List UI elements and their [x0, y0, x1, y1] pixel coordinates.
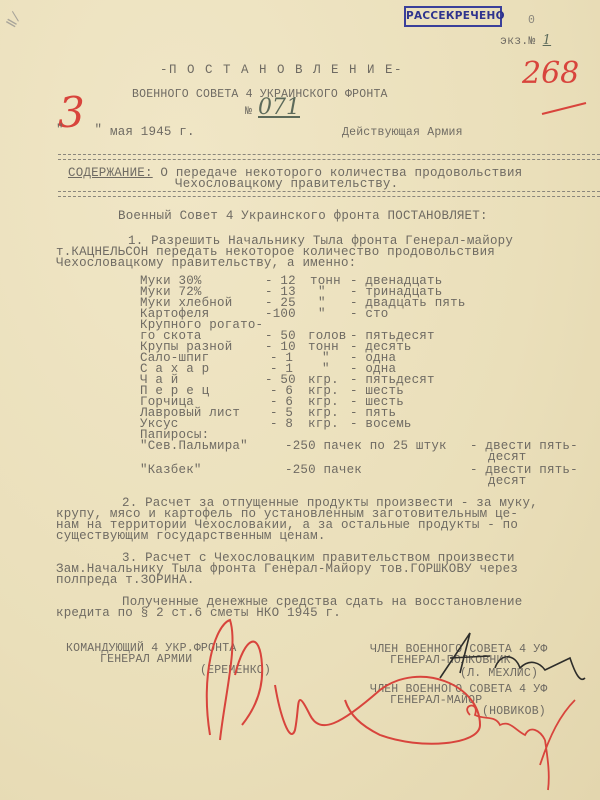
page-number-underline — [540, 100, 590, 116]
item-qty: -100 — [265, 308, 296, 321]
subject-line-2: Чехословацкому правительству. — [175, 178, 398, 191]
number-prefix: № — [245, 105, 252, 118]
document-title: -П О С Т А Н О В Л Е Н И Е- — [160, 64, 403, 77]
cigarette-name: "Сев.Пальмира" — [140, 440, 248, 453]
sheet-suffix: 0 — [528, 14, 535, 27]
cigarette-qty: -250 пачек по 25 штук — [285, 440, 447, 453]
signature-novikov-red — [460, 695, 580, 795]
item-qty: - 8 — [270, 418, 293, 431]
p1-line-3: Чехословацкому правительству, а именно: — [56, 257, 356, 270]
sig-left-rank: ГЕНЕРАЛ АРМИИ — [100, 653, 192, 666]
subject-label: СОДЕРЖАНИЕ: — [68, 166, 153, 180]
divider-top — [58, 154, 600, 160]
copy-line: экз.№ 1 — [500, 34, 551, 48]
signature-mekhlis — [420, 628, 590, 688]
copy-number: 1 — [543, 33, 551, 48]
location-text: Действующая Армия — [342, 126, 463, 139]
item-unit: " — [318, 308, 326, 321]
preamble: Военный Совет 4 Украинского фронта ПОСТА… — [118, 210, 488, 223]
declassified-stamp: РАССЕКРЕЧЕНО — [404, 6, 502, 27]
pencil-mark: Ⅱ/ — [6, 10, 25, 30]
item-words: - сто — [350, 308, 389, 321]
p2-line-4: существующим государственным ценам. — [56, 530, 326, 543]
item-unit: кгр. — [308, 418, 339, 431]
page-number-handwritten: 268 — [522, 56, 579, 91]
divider-bottom — [58, 191, 600, 197]
date-quotes: " " — [56, 124, 102, 137]
cigarette-name: "Казбек" — [140, 464, 202, 477]
cigarette-qty: -250 пачек — [285, 464, 362, 477]
date-text: мая 1945 г. — [110, 126, 195, 139]
p3-line-3: полпреда т.ЗОРИНА. — [56, 574, 195, 587]
cigarette-words-cont: десят — [488, 475, 527, 488]
item-words: - восемь — [350, 418, 412, 431]
copy-label: экз.№ — [500, 35, 536, 48]
document-number: 071 — [258, 95, 300, 120]
